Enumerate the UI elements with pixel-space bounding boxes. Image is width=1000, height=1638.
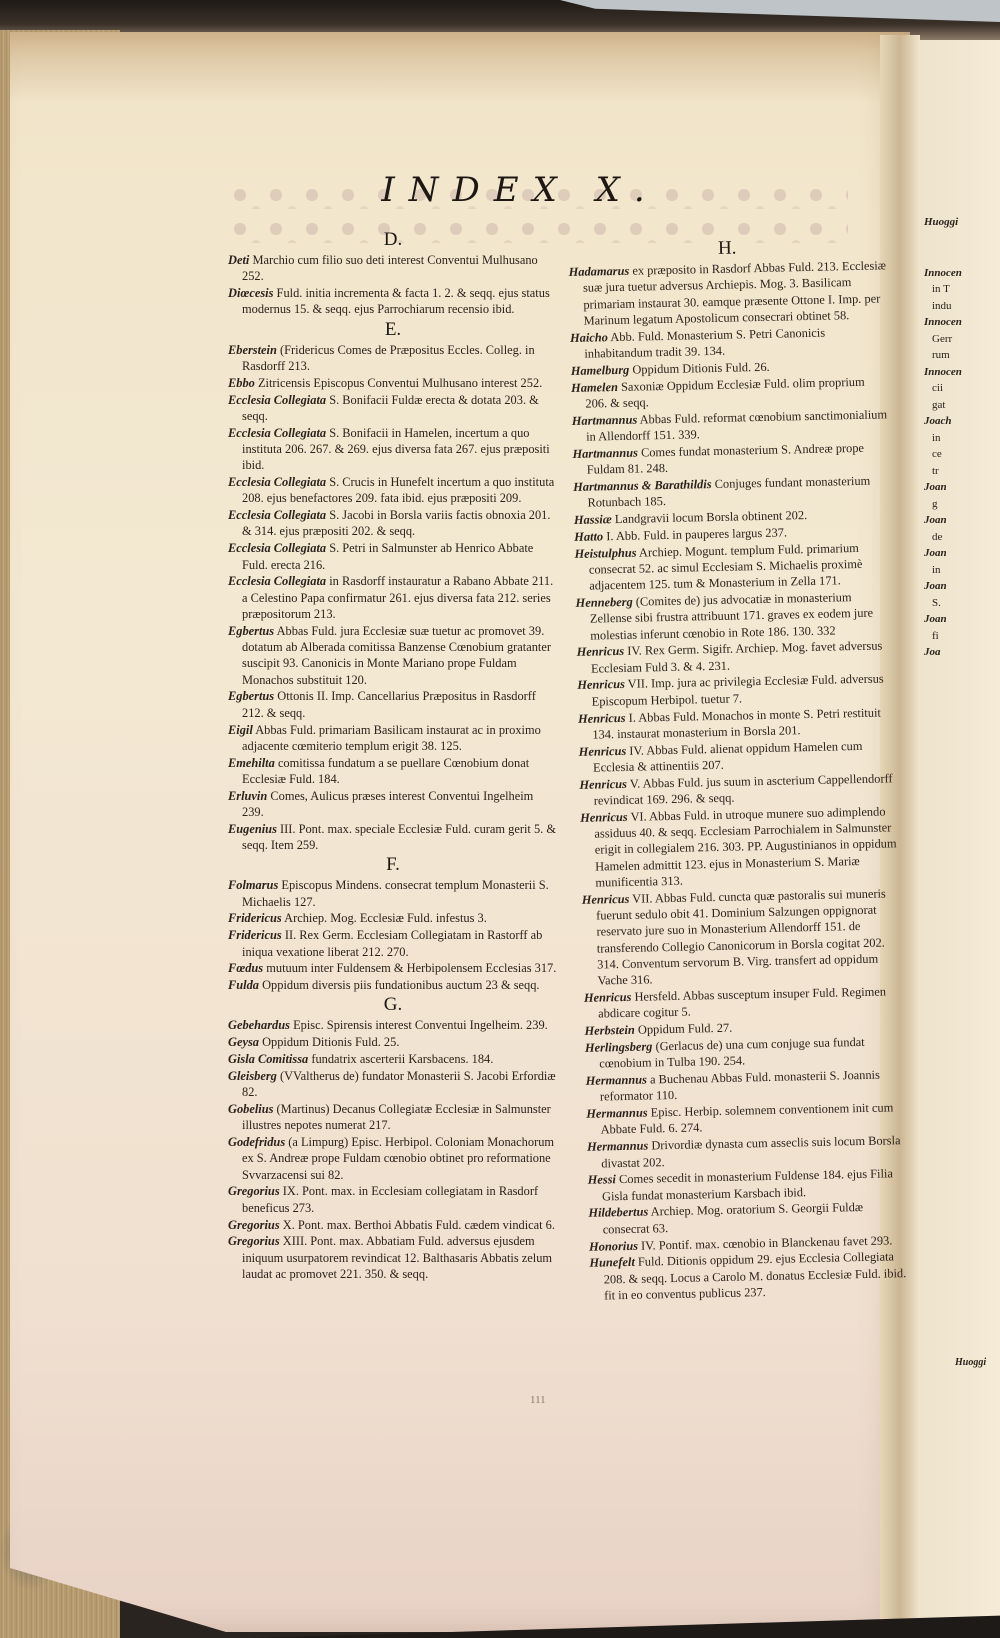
entry-text: Marchio cum filio suo deti interest Conv… bbox=[242, 253, 538, 283]
next-page-header: Huoggi bbox=[924, 214, 962, 231]
entry-headword: Hadamarus bbox=[569, 264, 630, 279]
entry-headword: Henneberg bbox=[575, 595, 632, 610]
entry-text: VII. Imp. jura ac privilegia Ecclesiæ Fu… bbox=[592, 672, 884, 708]
index-entry: Heistulphus Archiep. Mogunt. templum Ful… bbox=[574, 539, 893, 595]
index-entry: Diœcesis Fuld. initia incrementa & facta… bbox=[228, 285, 558, 318]
index-entry: Ecclesia Collegiata S. Bonifacii Fuldæ e… bbox=[228, 392, 558, 425]
next-page-fragment: Joan bbox=[924, 611, 962, 628]
entry-text: Zitricensis Episcopus Conventui Mulhusan… bbox=[258, 376, 542, 390]
entry-headword: Henricus bbox=[584, 990, 632, 1005]
entry-headword: Gleisberg bbox=[228, 1069, 277, 1083]
entry-headword: Ecclesia Collegiata bbox=[228, 508, 326, 522]
entry-headword: Hartmannus bbox=[572, 412, 638, 427]
index-entry: Folmarus Episcopus Mindens. consecrat te… bbox=[228, 877, 558, 910]
index-entry: Henneberg (Comites de) jus advocatiæ in … bbox=[575, 588, 894, 644]
entry-headword: Gregorius bbox=[228, 1218, 280, 1232]
entry-headword: Hatto bbox=[574, 529, 603, 544]
section-letter: G. bbox=[228, 994, 558, 1016]
index-entry: Ecclesia Collegiata S. Jacobi in Borsla … bbox=[228, 507, 558, 540]
next-page-fragment: g bbox=[924, 496, 962, 513]
entry-text: Fuld. initia incrementa & facta 1. 2. & … bbox=[242, 286, 550, 316]
entry-headword: Herbstein bbox=[584, 1023, 635, 1038]
next-page-fragment: ce bbox=[924, 446, 962, 463]
entry-headword: Egbertus bbox=[228, 624, 274, 638]
entry-headword: Herlingsberg bbox=[585, 1039, 653, 1054]
entry-headword: Hermannus bbox=[587, 1139, 649, 1154]
entry-text: Episcopus Mindens. consecrat templum Mon… bbox=[242, 878, 549, 908]
index-entry: Ecclesia Collegiata S. Crucis in Hunefel… bbox=[228, 474, 558, 507]
next-page-fragment: indu bbox=[924, 298, 962, 315]
entry-headword: Fulda bbox=[228, 978, 259, 992]
entry-text: Comes, Aulicus præses interest Conventui… bbox=[242, 789, 533, 819]
entry-headword: Heistulphus bbox=[574, 545, 636, 560]
section-letter: D. bbox=[228, 229, 558, 251]
entry-text: XIII. Pont. max. Abbatiam Fuld. adversus… bbox=[242, 1234, 552, 1281]
entry-headword: Henricus bbox=[579, 777, 627, 792]
index-entry: Ecclesia Collegiata S. Petri in Salmunst… bbox=[228, 540, 558, 573]
index-entry: Eberstein (Fridericus Comes de Præpositu… bbox=[228, 342, 558, 375]
next-page-fragment: cii bbox=[924, 380, 962, 397]
next-page-fragment: Innocen bbox=[924, 265, 962, 282]
entry-headword: Henricus bbox=[580, 810, 628, 825]
entry-headword: Ecclesia Collegiata bbox=[228, 541, 326, 555]
entry-headword: Hartmannus bbox=[572, 445, 638, 460]
entry-headword: Ecclesia Collegiata bbox=[228, 574, 326, 588]
next-page-fragment: Joach bbox=[924, 413, 962, 430]
entry-headword: Godefridus bbox=[228, 1135, 285, 1149]
next-page-fragment: Joa bbox=[924, 644, 962, 661]
entry-headword: Geysa bbox=[228, 1035, 259, 1049]
index-entry: Gleisberg (VValtherus de) fundator Monas… bbox=[228, 1068, 558, 1101]
index-entry: Hunefelt Fuld. Ditionis oppidum 29. ejus… bbox=[589, 1248, 908, 1304]
entry-text: Comes secedit in monasterium Fuldense 18… bbox=[602, 1167, 893, 1203]
index-entry: Gebehardus Episc. Spirensis interest Con… bbox=[228, 1017, 558, 1033]
index-entry: Geysa Oppidum Ditionis Fuld. 25. bbox=[228, 1034, 558, 1050]
entry-headword: Ecclesia Collegiata bbox=[228, 475, 326, 489]
next-page-fragment: de bbox=[924, 529, 962, 546]
entry-text: Fuld. Ditionis oppidum 29. ejus Ecclesia… bbox=[604, 1250, 907, 1303]
entry-text: Abb. Fuld. Monasterium S. Petri Canonici… bbox=[584, 325, 825, 360]
entry-text: I. Abbas Fuld. Monachos in monte S. Petr… bbox=[592, 705, 881, 741]
entry-text: Hersfeld. Abbas susceptum insuper Fuld. … bbox=[598, 985, 886, 1021]
index-entry: Ecclesia Collegiata in Rasdorff instaura… bbox=[228, 573, 558, 622]
next-page-fragment: Innocen bbox=[924, 364, 962, 381]
next-page-fragment: Joan bbox=[924, 512, 962, 529]
entry-text: V. Abbas Fuld. jus suum in ascterium Cap… bbox=[594, 771, 893, 808]
next-page-fragment: S. bbox=[924, 595, 962, 612]
entry-headword: Egbertus bbox=[228, 689, 274, 703]
bleed-through-mark: 111 bbox=[530, 1394, 546, 1406]
entry-headword: Ebbo bbox=[228, 376, 255, 390]
entry-headword: Eugenius bbox=[228, 822, 277, 836]
entry-headword: Henricus bbox=[578, 710, 626, 725]
index-entry: Fulda Oppidum diversis piis fundationibu… bbox=[228, 977, 558, 993]
entry-headword: Ecclesia Collegiata bbox=[228, 426, 326, 440]
entry-headword: Fœdus bbox=[228, 961, 263, 975]
next-page-fragment: fi bbox=[924, 628, 962, 645]
index-column-right: H.Hadamarus ex præposito in Rasdorf Abba… bbox=[568, 233, 908, 1304]
next-page-fragment: in bbox=[924, 430, 962, 447]
index-entry: Fridericus Archiep. Mog. Ecclesiæ Fuld. … bbox=[228, 910, 558, 926]
entry-headword: Hessi bbox=[588, 1173, 617, 1188]
next-page-fragment: tr bbox=[924, 463, 962, 480]
entry-text: Ottonis II. Imp. Cancellarius Præpositus… bbox=[242, 689, 536, 719]
index-entry: Emehilta comitissa fundatum a se puellar… bbox=[228, 755, 558, 788]
entry-text: Oppidum Ditionis Fuld. 25. bbox=[262, 1035, 399, 1049]
entry-text: Abbas Fuld. jura Ecclesiæ suæ tuetur ac … bbox=[242, 624, 551, 687]
section-letter: E. bbox=[228, 319, 558, 341]
index-entry: Fridericus II. Rex Germ. Ecclesiam Colle… bbox=[228, 927, 558, 960]
index-entry: Ebbo Zitricensis Episcopus Conventui Mul… bbox=[228, 375, 558, 391]
entry-text: (Martinus) Decanus Collegiatæ Ecclesiæ i… bbox=[242, 1102, 551, 1132]
next-page-text-fragments: HuoggiInnocenin TinduInnocenGerrrumInnoc… bbox=[924, 214, 962, 661]
entry-headword: Hermannus bbox=[586, 1106, 648, 1121]
index-entry: Ecclesia Collegiata S. Bonifacii in Hame… bbox=[228, 425, 558, 474]
entry-headword: Ecclesia Collegiata bbox=[228, 393, 326, 407]
entry-headword: Henricus bbox=[577, 677, 625, 692]
index-entry: Godefridus (a Limpurg) Episc. Herbipol. … bbox=[228, 1134, 558, 1183]
entry-text: Oppidum Fuld. 27. bbox=[638, 1021, 733, 1037]
entry-text: (VValtherus de) fundator Monasterii S. J… bbox=[242, 1069, 556, 1099]
next-page-fragment: in T bbox=[924, 281, 962, 298]
entry-text: comitissa fundatum a se puellare Cœnobiu… bbox=[242, 756, 529, 786]
entry-text: Episc. Spirensis interest Conventui Inge… bbox=[293, 1018, 548, 1032]
entry-headword: Fridericus bbox=[228, 928, 282, 942]
entry-headword: Emehilta bbox=[228, 756, 275, 770]
entry-headword: Hassiæ bbox=[574, 512, 612, 527]
entry-headword: Deti bbox=[228, 253, 249, 267]
entry-headword: Hamelburg bbox=[571, 363, 630, 378]
next-page-fragment: Joan bbox=[924, 578, 962, 595]
index-entry: Gisla Comitissa fundatrix ascerterii Kar… bbox=[228, 1051, 558, 1067]
entry-text: Abbas Fuld. primariam Basilicam instaura… bbox=[242, 723, 541, 753]
entry-text: X. Pont. max. Berthoi Abbatis Fuld. cæde… bbox=[283, 1218, 555, 1232]
index-entry: Egbertus Abbas Fuld. jura Ecclesiæ suæ t… bbox=[228, 623, 558, 688]
entry-headword: Hermannus bbox=[585, 1073, 647, 1088]
entry-headword: Eberstein bbox=[228, 343, 277, 357]
next-page-fragment: Gerr bbox=[924, 331, 962, 348]
entry-headword: Henricus bbox=[576, 644, 624, 659]
next-page-fragment: Innocen bbox=[924, 314, 962, 331]
index-entry: Gregorius XIII. Pont. max. Abbatiam Fuld… bbox=[228, 1233, 558, 1282]
entry-headword: Eigil bbox=[228, 723, 253, 737]
index-entry: Gregorius IX. Pont. max. in Ecclesiam co… bbox=[228, 1183, 558, 1216]
entry-text: IV. Rex Germ. Sigifr. Archiep. Mog. fave… bbox=[591, 639, 883, 675]
entry-headword: Gisla Comitissa bbox=[228, 1052, 308, 1066]
page-title: INDEX X. bbox=[0, 170, 1000, 210]
entry-text: (a Limpurg) Episc. Herbipol. Coloniam Mo… bbox=[242, 1135, 554, 1182]
entry-headword: Gobelius bbox=[228, 1102, 273, 1116]
entry-text: Saxoniæ Oppidum Ecclesiæ Fuld. olim prop… bbox=[585, 374, 864, 410]
entry-text: IV. Abbas Fuld. alienat oppidum Hamelen … bbox=[593, 739, 863, 775]
entry-text: IX. Pont. max. in Ecclesiam collegiatam … bbox=[242, 1184, 538, 1214]
index-entry: Hadamarus ex præposito in Rasdorf Abbas … bbox=[569, 257, 888, 329]
entry-headword: Gregorius bbox=[228, 1184, 280, 1198]
section-letter: F. bbox=[228, 854, 558, 876]
entry-headword: Hunefelt bbox=[589, 1255, 635, 1270]
index-entry: Deti Marchio cum filio suo deti interest… bbox=[228, 252, 558, 285]
next-page-fragment: Joan bbox=[924, 479, 962, 496]
index-entry: Eigil Abbas Fuld. primariam Basilicam in… bbox=[228, 722, 558, 755]
entry-headword: Gebehardus bbox=[228, 1018, 290, 1032]
entry-headword: Folmarus bbox=[228, 878, 278, 892]
entry-headword: Honorius bbox=[589, 1238, 638, 1253]
entry-text: (Comites de) jus advocatiæ in monasteriu… bbox=[590, 590, 873, 642]
index-entry: Henricus VI. Abbas Fuld. in utroque mune… bbox=[580, 803, 900, 891]
entry-headword: Hamelen bbox=[571, 380, 618, 395]
entry-text: (Fridericus Comes de Præpositus Eccles. … bbox=[242, 343, 535, 373]
index-entry: Egbertus Ottonis II. Imp. Cancellarius P… bbox=[228, 688, 558, 721]
index-entry: Henricus VII. Abbas Fuld. cuncta quæ pas… bbox=[582, 885, 902, 989]
index-column-left: D.Deti Marchio cum filio suo deti intere… bbox=[228, 228, 558, 1283]
next-page-fragment: gat bbox=[924, 397, 962, 414]
entry-text: fundatrix ascerterii Karsbacens. 184. bbox=[311, 1052, 493, 1066]
index-entry: Fœdus mutuum inter Fuldensem & Herbipole… bbox=[228, 960, 558, 976]
entry-headword: Gregorius bbox=[228, 1234, 280, 1248]
entry-headword: Hildebertus bbox=[588, 1205, 648, 1220]
index-entry: Eugenius III. Pont. max. speciale Eccles… bbox=[228, 821, 558, 854]
entry-headword: Erluvin bbox=[228, 789, 267, 803]
entry-text: Archiep. Mog. Ecclesiæ Fuld. infestus 3. bbox=[284, 911, 487, 925]
index-entry: Gobelius (Martinus) Decanus Collegiatæ E… bbox=[228, 1101, 558, 1134]
entry-text: II. Rex Germ. Ecclesiam Collegiatam in R… bbox=[242, 928, 542, 958]
entry-text: VI. Abbas Fuld. in utroque munere suo ad… bbox=[594, 804, 896, 889]
entry-headword: Haicho bbox=[570, 330, 608, 345]
entry-text: Landgravii locum Borsla obtinent 202. bbox=[615, 508, 808, 526]
entry-headword: Henricus bbox=[582, 892, 630, 907]
index-entry: Erluvin Comes, Aulicus præses interest C… bbox=[228, 788, 558, 821]
entry-text: Oppidum diversis piis fundationibus auct… bbox=[262, 978, 539, 992]
entry-text: mutuum inter Fuldensem & Herbipolensem E… bbox=[266, 961, 556, 975]
entry-text: I. Abb. Fuld. in pauperes largus 237. bbox=[606, 525, 787, 543]
entry-text: VII. Abbas Fuld. cuncta quæ pastoralis s… bbox=[596, 886, 886, 988]
next-page-fragment: in bbox=[924, 562, 962, 579]
entry-text: Oppidum Ditionis Fuld. 26. bbox=[632, 360, 770, 377]
next-page-fragment: rum bbox=[924, 347, 962, 364]
index-entry: Gregorius X. Pont. max. Berthoi Abbatis … bbox=[228, 1217, 558, 1233]
next-page-fragment: Joan bbox=[924, 545, 962, 562]
entry-headword: Hartmannus & Barathildis bbox=[573, 477, 712, 494]
entry-headword: Fridericus bbox=[228, 911, 282, 925]
catchword: Huoggi bbox=[955, 1357, 986, 1368]
entry-headword: Henricus bbox=[579, 744, 627, 759]
entry-headword: Diœcesis bbox=[228, 286, 273, 300]
entry-text: III. Pont. max. speciale Ecclesiæ Fuld. … bbox=[242, 822, 556, 852]
